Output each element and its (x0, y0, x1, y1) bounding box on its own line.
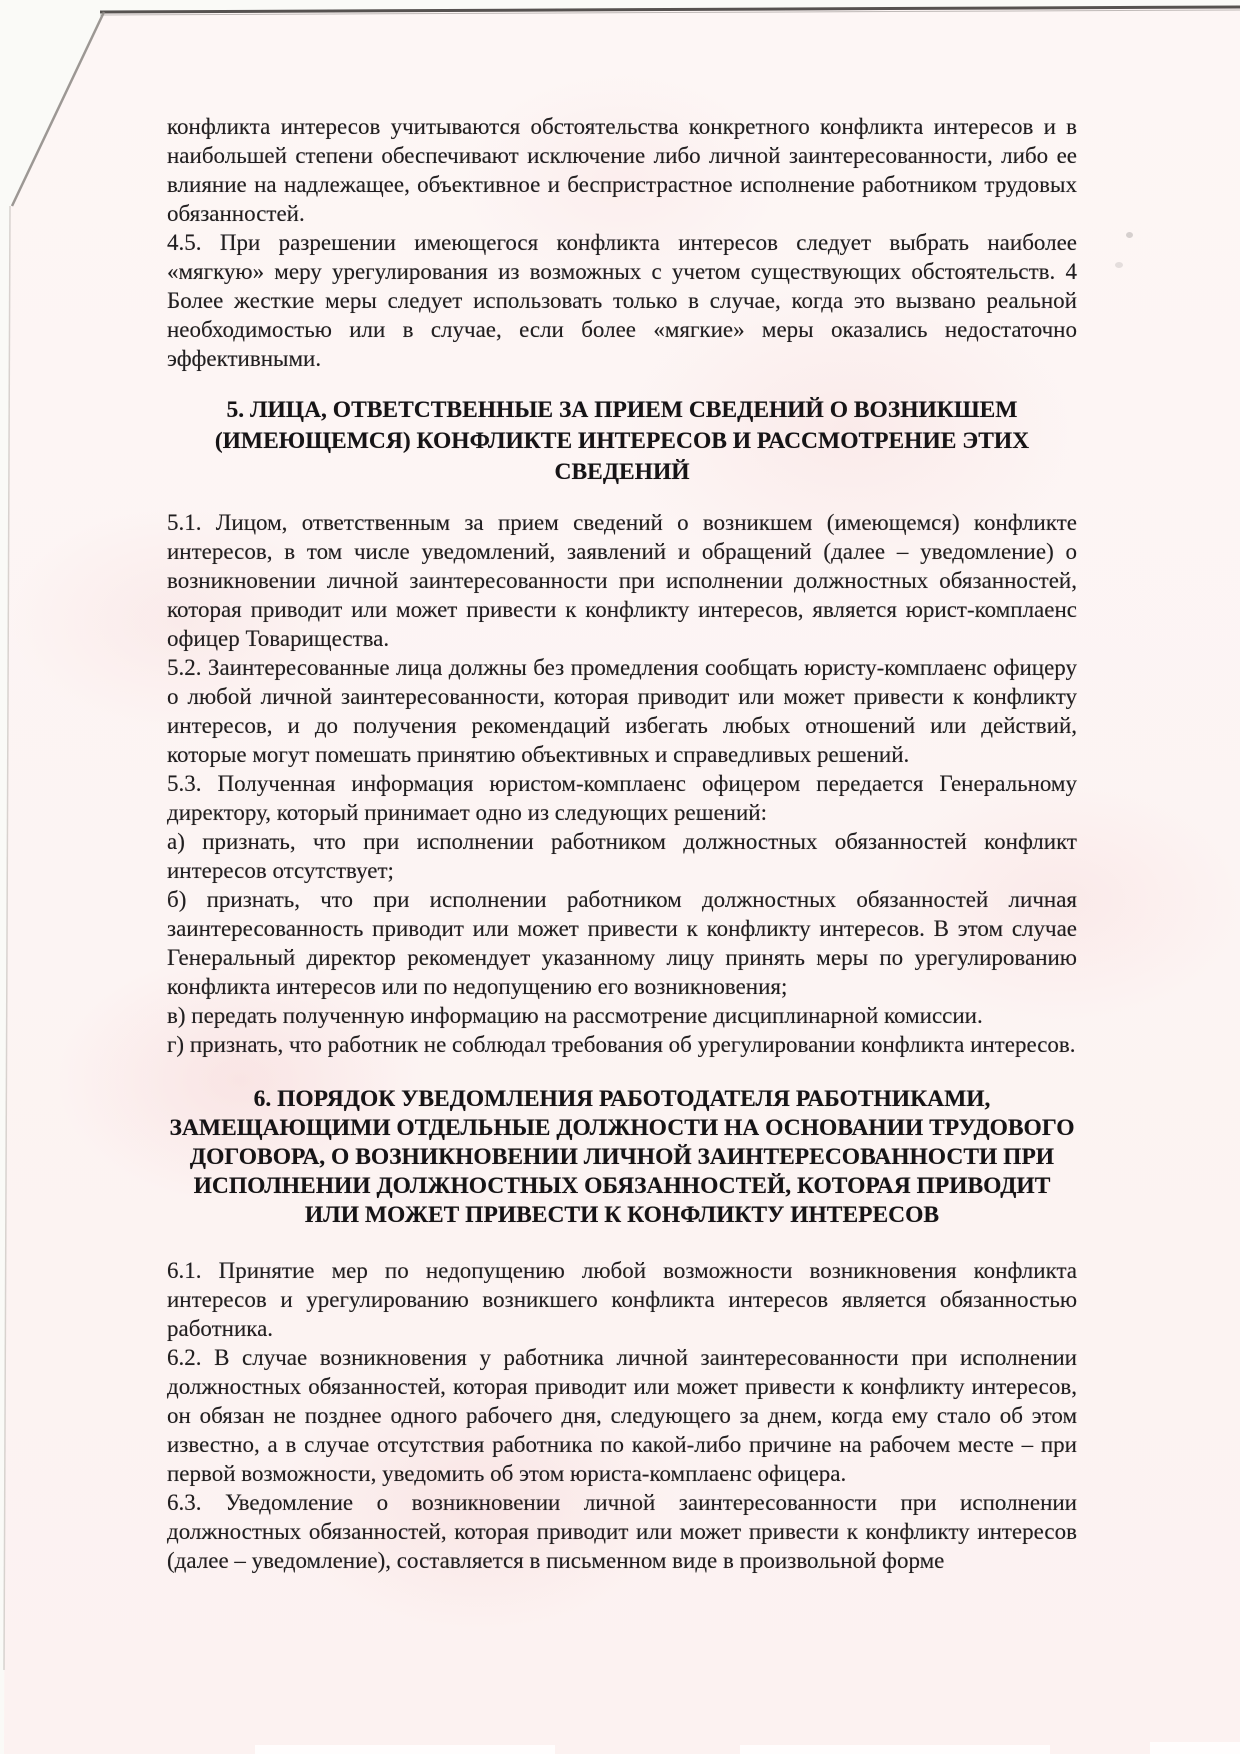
list-item-v: в) передать полученную информацию на рас… (167, 1001, 1077, 1030)
paragraph-6-3: 6.3. Уведомление о возникновении личной … (167, 1488, 1077, 1575)
paragraph-5-2: 5.2. Заинтересованные лица должны без пр… (167, 653, 1077, 769)
paragraph-section4-continuation: конфликта интересов учитываются обстояте… (167, 112, 1077, 228)
scan-bottom-light-strip (1150, 1742, 1240, 1754)
paragraph-6-2: 6.2. В случае возникновения у работника … (167, 1343, 1077, 1488)
list-item-b: б) признать, что при исполнении работник… (167, 885, 1077, 1001)
scan-speck (1115, 262, 1123, 268)
scan-bottom-light-strip (740, 1745, 1050, 1754)
scan-left-edge-line (4, 206, 10, 1670)
scanned-page: конфликта интересов учитываются обстояте… (0, 0, 1240, 1754)
paragraph-4-5: 4.5. При разрешении имеющегося конфликта… (167, 228, 1077, 373)
paragraph-6-1: 6.1. Принятие мер по недопущению любой в… (167, 1256, 1077, 1343)
document-body: конфликта интересов учитываются обстояте… (167, 112, 1077, 1575)
scan-top-edge-shadow (100, 10, 1240, 15)
section-heading-5: 5. ЛИЦА, ОТВЕТСТВЕННЫЕ ЗА ПРИЕМ СВЕДЕНИЙ… (173, 395, 1071, 488)
scan-corner-diagonal-line (12, 12, 104, 206)
list-item-g: г) признать, что работник не соблюдал тр… (167, 1030, 1077, 1059)
section-heading-6: 6. ПОРЯДОК УВЕДОМЛЕНИЯ РАБОТОДАТЕЛЯ РАБО… (169, 1085, 1075, 1230)
paragraph-5-3: 5.3. Полученная информация юристом-компл… (167, 769, 1077, 827)
scan-speck (1126, 232, 1133, 238)
list-item-a: а) признать, что при исполнении работник… (167, 827, 1077, 885)
scan-top-edge-line (100, 7, 1240, 12)
paragraph-5-1: 5.1. Лицом, ответственным за прием сведе… (167, 508, 1077, 653)
scan-bottom-light-strip (255, 1745, 555, 1754)
